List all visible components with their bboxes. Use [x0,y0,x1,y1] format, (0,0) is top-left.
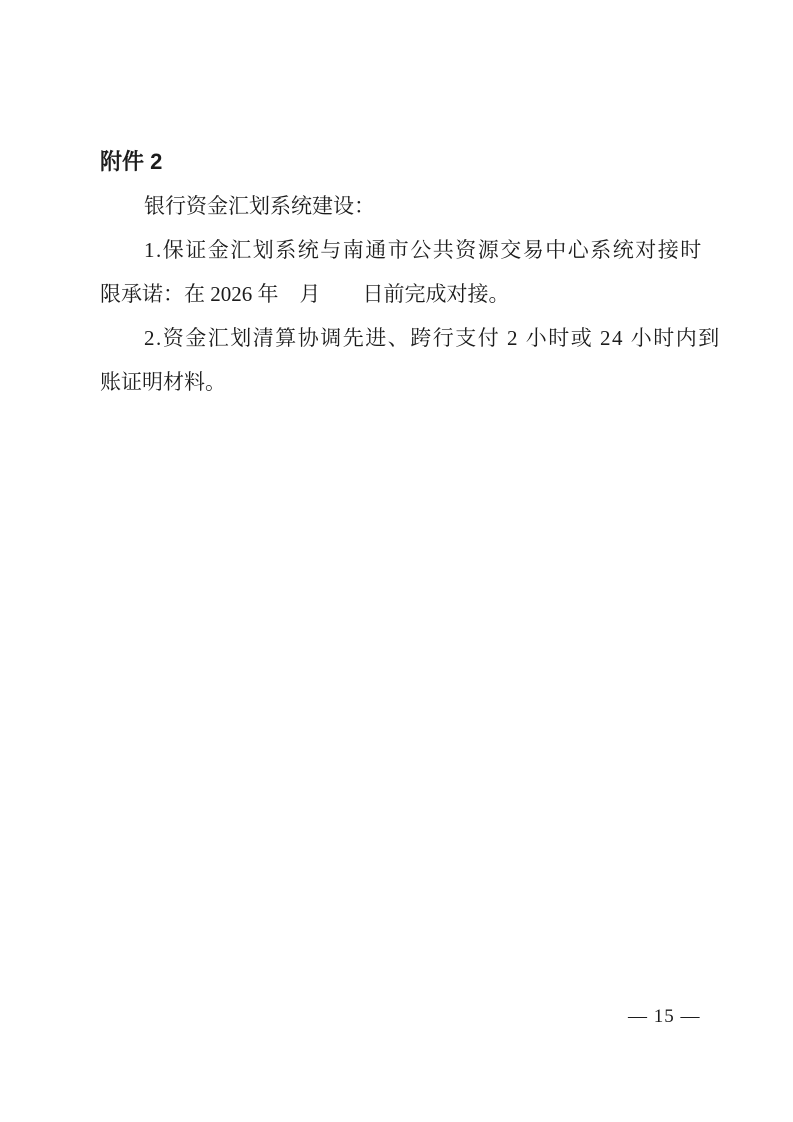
paragraph-1-line-2: 限承诺：在 2026 年 月 日前完成对接。 [100,272,701,316]
document-page: 附件 2 银行资金汇划系统建设： 1.保证金汇划系统与南通市公共资源交易中心系统… [0,0,793,1122]
paragraph-1-line-1: 1.保证金汇划系统与南通市公共资源交易中心系统对接时 [100,228,701,272]
paragraph-2-line-2: 账证明材料。 [100,360,701,404]
paragraph-2-line-1: 2.资金汇划清算协调先进、跨行支付 2 小时或 24 小时内到 [100,316,701,360]
section-heading: 银行资金汇划系统建设： [100,184,701,228]
document-body: 附件 2 银行资金汇划系统建设： 1.保证金汇划系统与南通市公共资源交易中心系统… [100,140,701,404]
attachment-label: 附件 2 [100,140,701,184]
page-number: — 15 — [628,1003,701,1031]
